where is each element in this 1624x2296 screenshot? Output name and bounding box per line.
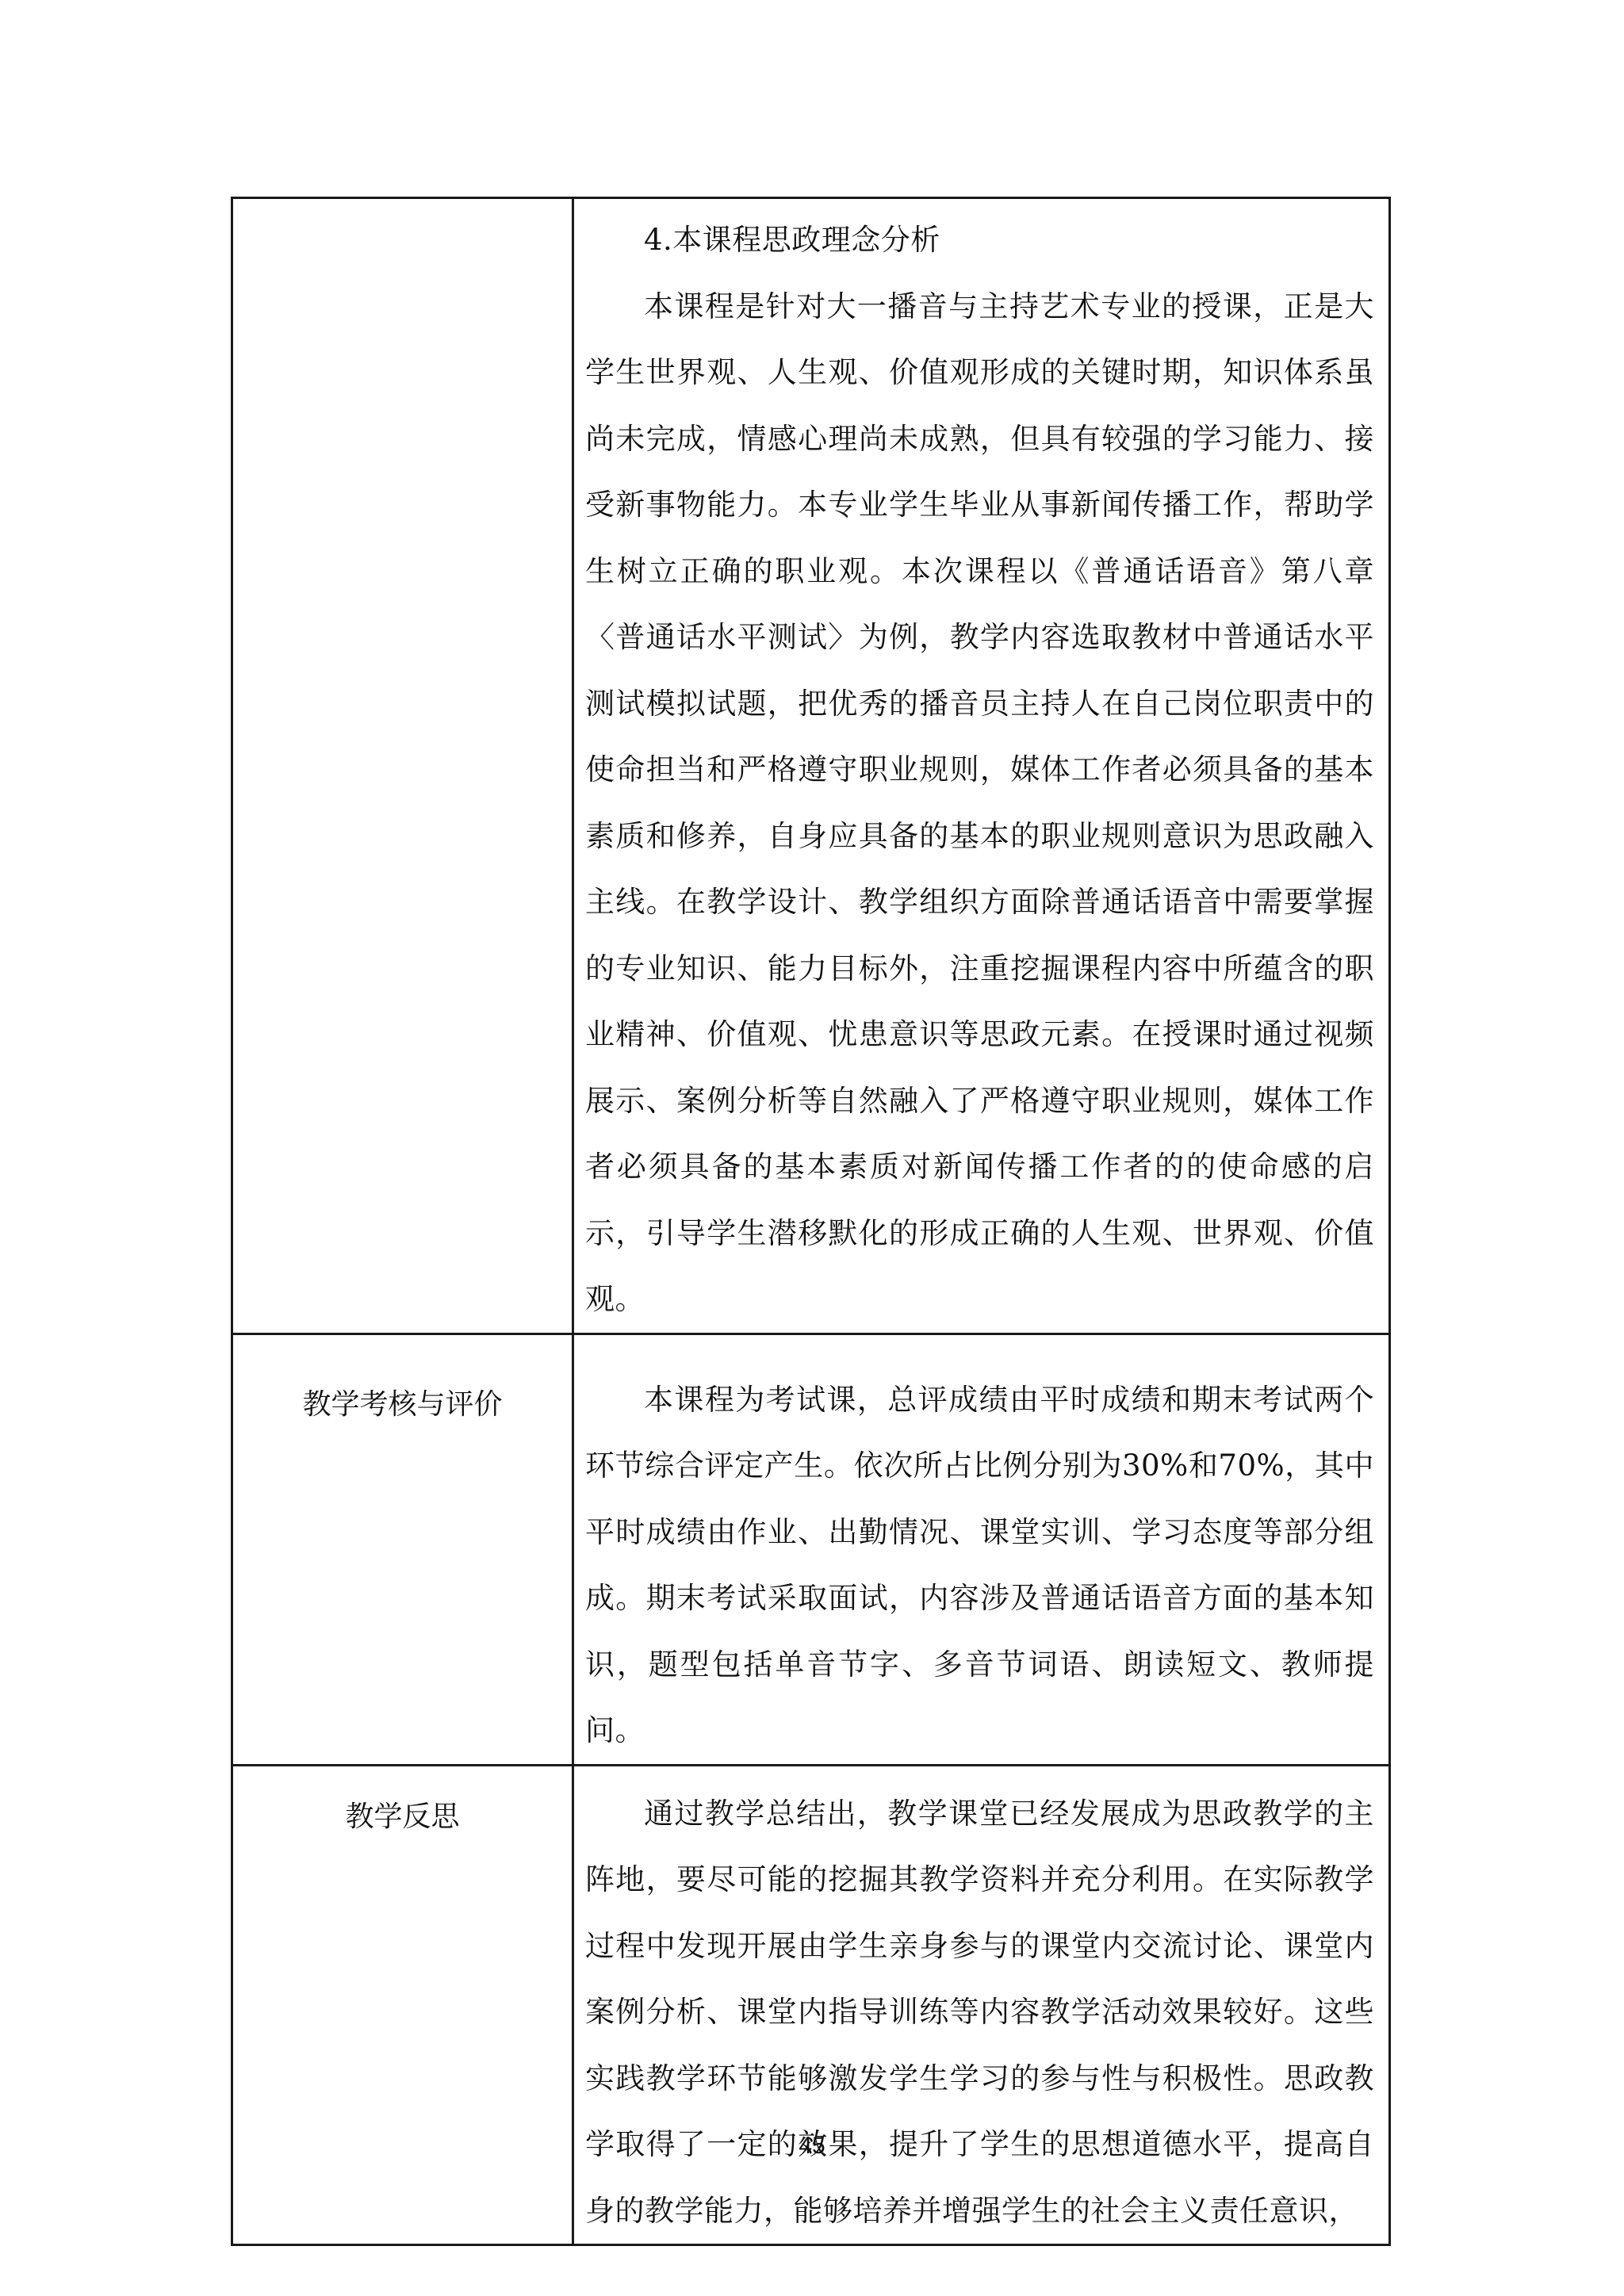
row-label bbox=[233, 199, 572, 248]
row-content-cell: 本课程为考试课，总评成绩由平时成绩和期末考试两个环节综合评定产生。依次所占比例分… bbox=[573, 1334, 1390, 1765]
paragraph: 本课程是针对大一播音与主持艺术专业的授课，正是大学生世界观、人生观、价值观形成的… bbox=[585, 274, 1374, 1333]
row-content-cell: 通过教学总结出，教学课堂已经发展成为思政教学的主阵地，要尽可能的挖掘其教学资料并… bbox=[573, 1765, 1390, 2245]
row-label: 教学考核与评价 bbox=[233, 1335, 572, 1421]
paragraph: 本课程为考试课，总评成绩由平时成绩和期末考试两个环节综合评定产生。依次所占比例分… bbox=[585, 1367, 1374, 1764]
table-row-reflection: 教学反思 通过教学总结出，教学课堂已经发展成为思政教学的主阵地，要尽可能的挖掘其… bbox=[232, 1765, 1390, 2245]
row-label: 教学反思 bbox=[233, 1766, 572, 1833]
row-label-cell: 教学反思 bbox=[232, 1765, 573, 2245]
row-label-cell: 教学考核与评价 bbox=[232, 1334, 573, 1765]
table-row-ideology-analysis: 4.本课程思政理念分析 本课程是针对大一播音与主持艺术专业的授课，正是大学生世界… bbox=[232, 198, 1390, 1334]
paragraph: 通过教学总结出，教学课堂已经发展成为思政教学的主阵地，要尽可能的挖掘其教学资料并… bbox=[585, 1781, 1374, 2244]
section-heading: 4.本课程思政理念分析 bbox=[585, 207, 1374, 274]
course-table: 4.本课程思政理念分析 本课程是针对大一播音与主持艺术专业的授课，正是大学生世界… bbox=[231, 197, 1391, 2246]
table-row-assessment: 教学考核与评价 本课程为考试课，总评成绩由平时成绩和期末考试两个环节综合评定产生… bbox=[232, 1334, 1390, 1765]
row-content-cell: 4.本课程思政理念分析 本课程是针对大一播音与主持艺术专业的授课，正是大学生世界… bbox=[573, 198, 1390, 1334]
page-number: 45 bbox=[0, 2133, 1624, 2160]
row-label-cell bbox=[232, 198, 573, 1334]
